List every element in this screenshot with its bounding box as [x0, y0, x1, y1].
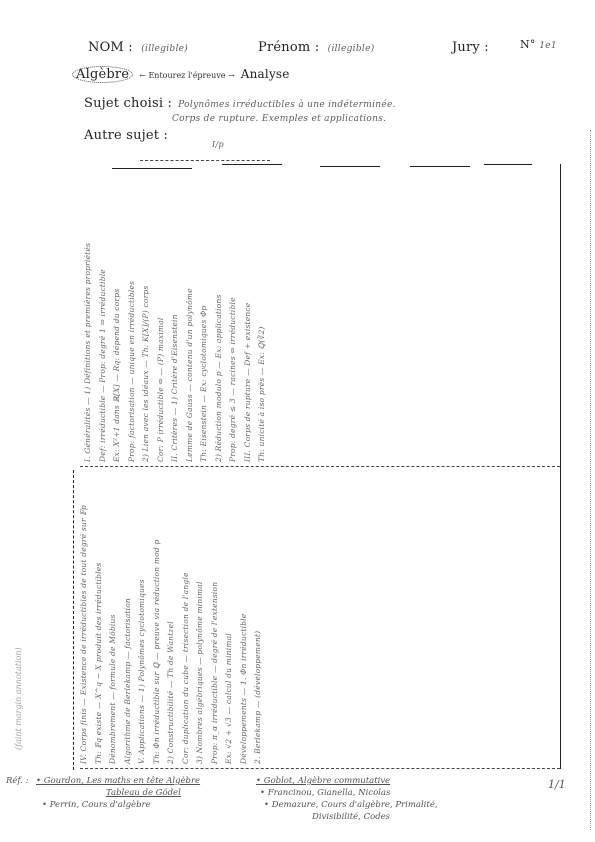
references-right: • Goblot, Algèbre commutative • Francino… [256, 776, 438, 822]
frame-top-line [112, 168, 192, 169]
plan-column: Cor: P irréductible ⇔ — (P) maximal [157, 172, 165, 462]
plan-column: I. Généralités — 1) Définitions et premi… [84, 172, 92, 462]
ref-label: Réf. : [6, 776, 29, 786]
plan-bottom-band: IV. Corps finis — Existence de irréducti… [80, 472, 262, 764]
plan-column: Prop: π_α irréductible — degré de l'exte… [211, 472, 219, 764]
plan-column: III. Corps de rupture — Def + existence [244, 172, 252, 462]
plan-column: 2) Réduction modulo p — Ex: applications [215, 172, 223, 462]
plan-column: Dénombrement — formule de Möbius [109, 472, 117, 764]
plan-column: Prop: factorisation — unique en irréduct… [128, 172, 136, 462]
frame-right-border [560, 164, 561, 769]
scan-edge-line [590, 130, 591, 830]
autre-sujet-value: Corps de rupture. Exemples et applicatio… [172, 114, 386, 124]
band-separator [80, 466, 560, 467]
option-analyse: Analyse [241, 67, 290, 81]
plan-column: 2. Berlekamp — (développement) [254, 472, 262, 764]
nom-value: (illegible) [141, 44, 188, 54]
prenom-field: Prénom : (illegible) [258, 40, 375, 55]
plan-column: Th: unicité à iso près — Ex: ℚ(∛2) [258, 172, 266, 462]
frame-left-border [73, 470, 74, 770]
sujet-choisi-label: Sujet choisi : [84, 96, 172, 111]
references-left: • Gourdon, Les maths en tête Algèbre Tab… [36, 776, 200, 810]
plan-column: 2) Lien avec les idéaux — Th: K[X]/(P) c… [142, 172, 150, 462]
plan-column: Ex: √2 + √3 — calcul du minimal [225, 472, 233, 764]
left-margin-note: (faint margin annotation) [14, 470, 23, 750]
numero-value: 1e1 [539, 41, 557, 51]
plan-column: Cor: duplication du cube — trisection de… [182, 472, 190, 764]
plan-column: Prop: degré ≤ 3 — racines ⇔ irréductible [229, 172, 237, 462]
frame-top-dashed [140, 160, 270, 161]
autre-sujet-label: Autre sujet : [84, 128, 168, 143]
autre-sujet: Autre sujet : [84, 124, 168, 143]
prenom-label: Prénom : [258, 40, 319, 55]
plan-column: Th: 𝔽q existe — X^q − X produit des irré… [95, 472, 103, 764]
plan-column: 3) Nombres algébriques — polynôme minima… [196, 472, 204, 764]
numero-field: N° 1e1 [520, 38, 557, 51]
option-algebre: Algèbre [72, 66, 133, 83]
frame-top-line [222, 164, 282, 165]
plan-column: Lemme de Gauss — contenu d'un polynôme [186, 172, 194, 462]
frame-top-line [410, 166, 470, 167]
reference-item: • Francinou, Gianella, Nicolas [260, 788, 438, 798]
plan-column: Algorithme de Berlekamp — factorisation [124, 472, 132, 764]
numero-label: N° [520, 38, 536, 51]
plan-column: V. Applications — 1) Polynômes cyclotomi… [138, 472, 146, 764]
plan-column: Ex: X²+1 dans ℝ[X] — Rq: dépend du corps [113, 172, 121, 462]
plan-column: IV. Corps finis — Existence de irréducti… [80, 472, 88, 764]
sujet-choisi-value: Polynômes irréductibles à une indétermin… [178, 100, 396, 110]
reference-item: • Goblot, Algèbre commutative [256, 776, 438, 786]
plan-column: 2) Constructibilité — Th de Wantzel [167, 472, 175, 764]
nom-label: NOM : [88, 40, 133, 55]
epreuve-selector: Algèbre ← Entourez l'épreuve → Analyse [72, 66, 290, 83]
reference-item: • Demazure, Cours d'algèbre, Primalité, [264, 800, 438, 810]
plan-column: II. Critères — 1) Critère d'Eisenstein [171, 172, 179, 462]
epreuve-instruction: ← Entourez l'épreuve → [139, 71, 235, 80]
reference-item: Tableau de Gödel [106, 788, 200, 798]
nom-field: NOM : (illegible) [88, 40, 188, 55]
plan-column: Th: Eisenstein — Ex: cyclotomiques Φp [200, 172, 208, 462]
annotation-ip: I/p [212, 140, 224, 149]
sujet-choisi: Sujet choisi : Polynômes irréductibles à… [84, 96, 396, 111]
plan-top-band: I. Généralités — 1) Définitions et premi… [84, 172, 266, 462]
page-number: 1/1 [548, 778, 566, 791]
frame-bottom-line [80, 768, 560, 769]
plan-column: Th: Φn irréductible sur ℚ — preuve via r… [153, 472, 161, 764]
reference-item: Divisibilité, Codes [312, 812, 438, 822]
jury-label: Jury : [452, 40, 489, 55]
prenom-value: (illegible) [328, 44, 375, 54]
plan-column: Def: irréductible — Prop: degré 1 ⇒ irré… [99, 172, 107, 462]
plan-column: Développements — 1. Φn irréductible [240, 472, 248, 764]
reference-item: • Gourdon, Les maths en tête Algèbre [36, 776, 200, 786]
frame-top-line [484, 164, 532, 165]
reference-item: • Perrin, Cours d'algèbre [42, 800, 200, 810]
frame-top-line [320, 166, 380, 167]
jury-field: Jury : [452, 40, 489, 55]
